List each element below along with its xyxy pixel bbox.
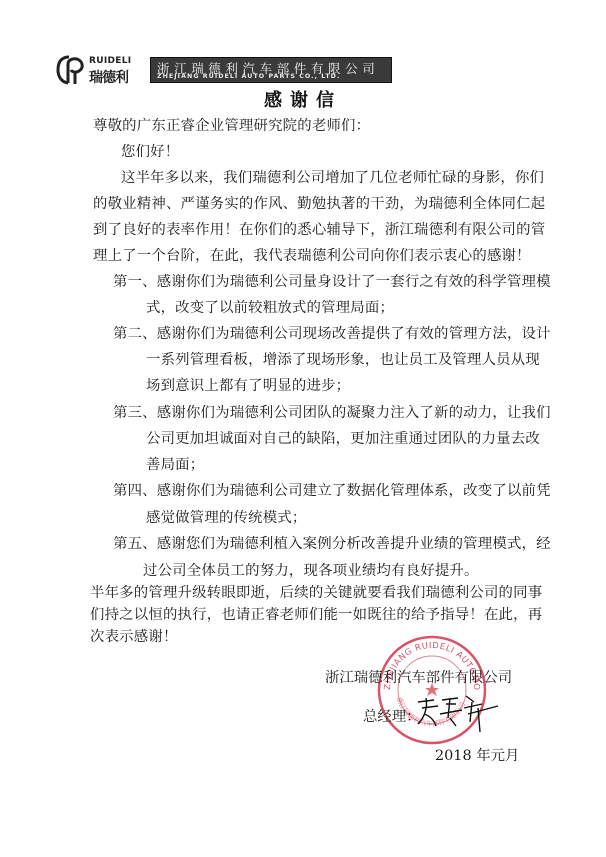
point-line: 第二、感谢你们为瑞德利公司现场改善提供了有效的管理方法，设计 xyxy=(113,324,551,344)
intro-line: 这半年多以来，我们瑞德利公司增加了几位老师忙碌的身影，你们 xyxy=(121,168,544,188)
company-banner: 浙江瑞德利汽车部件有限公司 ZHEJIANG RUIDELI AUTO PART… xyxy=(150,57,392,83)
letter-date: 2018 年元月 xyxy=(435,744,519,765)
point-line: 善局面； xyxy=(146,455,204,475)
greeting: 您们好！ xyxy=(121,142,179,162)
closing-line: 们持之以恒的执行，也请正睿老师们能一如既往的给予指导！在此，再 xyxy=(90,605,542,625)
point-line: 第四、感谢你们为瑞德利公司建立了数据化管理体系，改变了以前凭 xyxy=(113,481,551,501)
handwritten-signature-icon xyxy=(412,688,502,732)
point-line: 一系列管理看板，增添了现场形象，也让员工及管理人员从现 xyxy=(146,350,540,370)
point-line: 式，改变了以前较粗放式的管理局面； xyxy=(146,298,394,318)
letter-title: 感谢信 xyxy=(0,86,606,112)
logo-brand-cn: 瑞德利 xyxy=(89,67,128,87)
closing-line: 次表示感谢！ xyxy=(90,627,178,647)
point-line: 第五、感谢您们为瑞德利植入案例分析改善提升业绩的管理模式，经 xyxy=(113,534,551,554)
intro-line: 理上了一个台阶，在此，我代表瑞德利公司向你们表示衷心的感谢！ xyxy=(93,246,531,266)
ruideli-logo-icon xyxy=(55,54,87,86)
intro-line: 的敬业精神、严谨务实的作风、勤勉执著的干劲，为瑞德利全体同仁起 xyxy=(93,194,545,214)
logo-brand-en: RUIDELI xyxy=(89,56,131,66)
closing-line: 半年多的管理升级转眼即逝，后续的关键就要看我们瑞德利公司的同事 xyxy=(90,583,542,603)
point-line: 场到意识上都有了明显的进步； xyxy=(146,376,350,396)
company-logo: RUIDELI 瑞德利 xyxy=(55,52,150,88)
point-line: 第三、感谢你们为瑞德利公司团队的凝聚力注入了新的动力，让我们 xyxy=(113,403,551,423)
signature-company: 浙江瑞德利汽车部件有限公司 xyxy=(325,666,512,687)
salutation: 尊敬的广东正睿企业管理研究院的老师们： xyxy=(93,116,370,136)
point-line: 第一、感谢你们为瑞德利公司量身设计了一套行之有效的科学管理模 xyxy=(113,272,551,292)
banner-company-en: ZHEJIANG RUIDELI AUTO PARTS CO., LTD. xyxy=(157,73,387,80)
point-line: 公司更加坦诚面对自己的缺陷，更加注重通过团队的力量去改 xyxy=(146,429,540,449)
point-line: 过公司全体员工的努力，现各项业绩均有良好提升。 xyxy=(143,561,479,581)
point-line: 感觉做管理的传统模式； xyxy=(146,508,307,528)
intro-line: 到了良好的表率作用！在你们的悉心辅导下，浙江瑞德利有限公司的管 xyxy=(93,220,545,240)
